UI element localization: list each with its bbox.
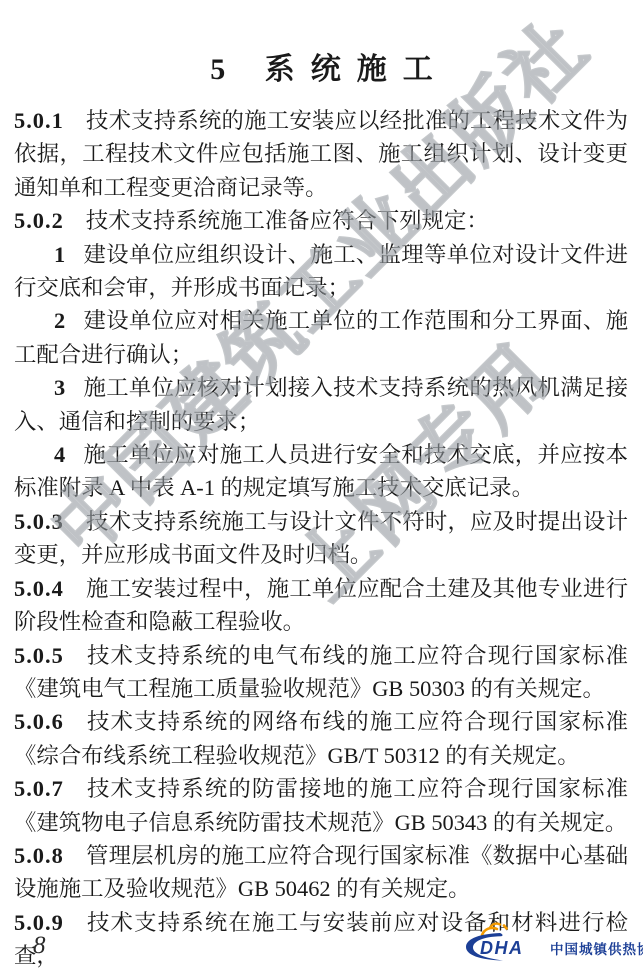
chapter-title: 5 系统施工 [0,44,643,88]
item-number: 3 [54,375,66,400]
clause-number: 5.0.3 [14,509,64,534]
clause-text: 技术支持系统的防雷接地的施工应符合现行国家标准《建筑物电子信息系统防雷技术规范》… [14,776,628,834]
item-number: 2 [54,308,66,333]
dha-association-logo: DHA 中国城镇供热协会 [456,922,643,964]
clause-number: 5.0.1 [14,108,64,133]
clause-number: 5.0.6 [14,709,64,734]
document-page: { "page": { "title": "5 系统施工", "clauses"… [0,0,643,971]
clause-text: 技术支持系统的网络布线的施工应符合现行国家标准《综合布线系统工程验收规范》GB/… [14,709,628,767]
clause-text: 施工安装过程中，施工单位应配合土建及其他专业进行阶段性检查和隐蔽工程验收。 [14,576,628,634]
clause-5-0-2: 5.0.2技术支持系统施工准备应符合下列规定： [14,204,628,237]
item-number: 1 [54,242,66,267]
item-text: 施工单位应对施工人员进行安全和技术交底，并应按本标准附录 A 中表 A-1 的规… [14,442,628,500]
clause-5-0-2-item-1: 1建设单位应组织设计、施工、监理等单位对设计文件进行交底和会审，并形成书面记录； [14,238,628,305]
clause-5-0-2-item-3: 3施工单位应核对计划接入技术支持系统的热风机满足接入、通信和控制的要求； [14,371,628,438]
clause-5-0-7: 5.0.7技术支持系统的防雷接地的施工应符合现行国家标准《建筑物电子信息系统防雷… [14,772,628,839]
clause-number: 5.0.5 [14,643,64,668]
logo-acronym: DHA [480,938,524,958]
clause-5-0-3: 5.0.3技术支持系统施工与设计文件不符时，应及时提出设计变更，并应形成书面文件… [14,505,628,572]
clause-number: 5.0.7 [14,776,64,801]
clause-text: 技术支持系统的电气布线的施工应符合现行国家标准《建筑电气工程施工质量验收规范》G… [14,643,628,701]
clause-text: 管理层机房的施工应符合现行国家标准《数据中心基础设施施工及验收规范》GB 504… [14,843,628,901]
clause-number: 5.0.4 [14,576,64,601]
clause-5-0-1: 5.0.1技术支持系统的施工安装应以经批准的工程技术文件为依据，工程技术文件应包… [14,104,628,204]
page-number: 8 [33,932,46,960]
clause-5-0-4: 5.0.4施工安装过程中，施工单位应配合土建及其他专业进行阶段性检查和隐蔽工程验… [14,572,628,639]
item-text: 建设单位应组织设计、施工、监理等单位对设计文件进行交底和会审，并形成书面记录； [14,242,628,300]
item-number: 4 [54,442,66,467]
clause-5-0-8: 5.0.8管理层机房的施工应符合现行国家标准《数据中心基础设施施工及验收规范》G… [14,839,628,906]
clause-number: 5.0.9 [14,910,64,935]
dha-logo-mark-icon: DHA [456,922,548,964]
item-text: 施工单位应核对计划接入技术支持系统的热风机满足接入、通信和控制的要求； [14,375,628,433]
logo-caption: 中国城镇供热协会 [550,938,643,958]
clause-5-0-2-item-4: 4施工单位应对施工人员进行安全和技术交底，并应按本标准附录 A 中表 A-1 的… [14,438,628,505]
signal-arcs-icon [482,924,507,935]
clause-5-0-6: 5.0.6技术支持系统的网络布线的施工应符合现行国家标准《综合布线系统工程验收规… [14,705,628,772]
clause-text: 技术支持系统施工与设计文件不符时，应及时提出设计变更，并应形成书面文件及时归档。 [14,509,628,567]
item-text: 建设单位应对相关施工单位的工作范围和分工界面、施工配合进行确认； [14,308,628,366]
clause-text: 技术支持系统的施工安装应以经批准的工程技术文件为依据，工程技术文件应包括施工图、… [14,108,628,200]
clause-list: 5.0.1技术支持系统的施工安装应以经批准的工程技术文件为依据，工程技术文件应包… [14,104,628,971]
clause-text: 技术支持系统施工准备应符合下列规定： [86,208,489,233]
clause-5-0-5: 5.0.5技术支持系统的电气布线的施工应符合现行国家标准《建筑电气工程施工质量验… [14,639,628,706]
clause-5-0-2-item-2: 2建设单位应对相关施工单位的工作范围和分工界面、施工配合进行确认； [14,304,628,371]
clause-number: 5.0.8 [14,843,64,868]
clause-number: 5.0.2 [14,208,64,233]
